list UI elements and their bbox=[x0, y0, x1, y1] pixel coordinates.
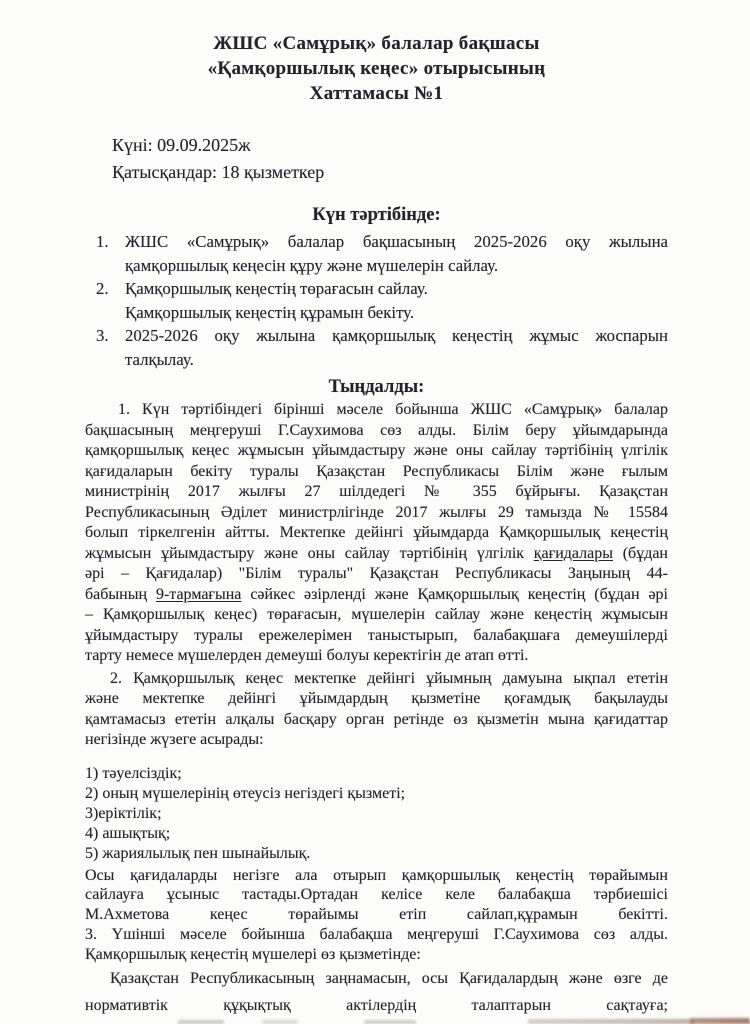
text-line: қамқоршылық кеңесін құру және мүшелерін … bbox=[125, 254, 668, 278]
text-line: бақшасының меңгеруші Г.Саухимова сөз алд… bbox=[85, 421, 668, 442]
text-line: әрі – Қағидалар) "Білім туралы" Қазақста… bbox=[85, 564, 668, 585]
resolution-paragraph: Осы қағидаларды негізге ала отырып қамқо… bbox=[85, 866, 668, 965]
text-line: сайлауға ұсыныс тастады.Ортадан келісе к… bbox=[85, 885, 668, 905]
text-line: бабының 9-тармағына сәйкес әзірленді жән… bbox=[85, 585, 668, 606]
agenda-item-2: 2. Қамқоршылық кеңестің төрағасын сайлау… bbox=[85, 277, 668, 324]
text-line: 2025-2026 оқу жылына қамқоршылық кеңесті… bbox=[125, 324, 668, 348]
agenda-list: 1. ЖШС «Самұрық» балалар бақшасының 2025… bbox=[85, 230, 668, 371]
duties-paragraph: Қазақстан Республикасының заңнамасын, ос… bbox=[85, 965, 668, 1019]
agenda-item-number: 3. bbox=[85, 324, 125, 371]
text-line: Республикасының Әділет министрлігінде 20… bbox=[85, 503, 668, 524]
text-line: 1. Күн тәртібіндегі бірінші мәселе бойын… bbox=[85, 400, 668, 421]
title-line-3: Хаттамасы №1 bbox=[85, 81, 668, 106]
text-line: қағидаларын бекіту туралы Қазақстан Респ… bbox=[85, 462, 668, 483]
scan-artifact bbox=[262, 1020, 298, 1024]
text-segment: сәйкес әзірленді және Қамқоршылық кеңест… bbox=[241, 586, 668, 603]
date-line: Күні: 09.09.2025ж bbox=[112, 132, 668, 159]
text-line: Осы қағидаларды негізге ала отырып қамқо… bbox=[85, 866, 668, 886]
text-segment: (бұдан bbox=[613, 545, 668, 562]
text-line: ЖШС «Самұрық» балалар бақшасының 2025-20… bbox=[125, 230, 668, 254]
text-line: нормативтік құқықтық актілердің талаптар… bbox=[85, 992, 668, 1019]
scan-artifact bbox=[364, 1020, 416, 1024]
text-line: 3. Үшінші мәселе бойынша балабақша меңге… bbox=[85, 925, 668, 945]
text-line: талқылау. bbox=[125, 348, 668, 372]
text-segment: бабының bbox=[85, 586, 156, 603]
text-line: министрінің 2017 жылғы 27 шілдедегі № 35… bbox=[85, 482, 668, 503]
text-line: – Қамқоршылық кеңес) төрағасын, мүшелері… bbox=[85, 605, 668, 626]
meta-block: Күні: 09.09.2025ж Қатысқандар: 18 қызмет… bbox=[112, 132, 668, 186]
text-line: қамтамасыз ететін алқалы басқару орган р… bbox=[85, 710, 668, 731]
document-content: ЖШС «Самұрық» балалар бақшасы «Қамқоршыл… bbox=[85, 0, 668, 1019]
text-line: болып тіркелгенін айтты. Мектепке дейінг… bbox=[85, 523, 668, 544]
agenda-item-number: 2. bbox=[85, 277, 125, 324]
text-line: Қамқоршылық кеңестің мүшелері өз қызметі… bbox=[85, 945, 668, 965]
title-line-2: «Қамқоршылық кеңес» отырысының bbox=[85, 56, 668, 81]
text-line: 5) жариялылық пен шынайылық. bbox=[85, 844, 668, 864]
document-title: ЖШС «Самұрық» балалар бақшасы «Қамқоршыл… bbox=[85, 31, 668, 106]
heard-heading: Тыңдалды: bbox=[85, 376, 668, 398]
text-line: 1) тәуелсіздік; bbox=[85, 764, 668, 784]
text-line: жұмысын ұйымдастыру және оны сайлау тәрт… bbox=[85, 544, 668, 565]
agenda-item-1: 1. ЖШС «Самұрық» балалар бақшасының 2025… bbox=[85, 230, 668, 277]
text-line: Қазақстан Республикасының заңнамасын, ос… bbox=[85, 965, 668, 992]
principles-list: 1) тәуелсіздік;2) оның мүшелерінің өтеус… bbox=[85, 764, 668, 864]
attendees-line: Қатысқандар: 18 қызметкер bbox=[112, 159, 668, 186]
scan-artifact bbox=[528, 1019, 694, 1024]
text-line: қамқоршылық кеңес жұмысын ұйымдастыру жә… bbox=[85, 441, 668, 462]
heard-paragraph-2: 2. Қамқоршылық кеңес мектепке дейінгі ұй… bbox=[85, 669, 668, 751]
agenda-item-3: 3. 2025-2026 оқу жылына қамқоршылық кеңе… bbox=[85, 324, 668, 371]
text-line: 2. Қамқоршылық кеңес мектепке дейінгі ұй… bbox=[85, 669, 668, 690]
underlined-text: қағидалары bbox=[534, 545, 613, 562]
text-line: тарту немесе мүшелерден демеуші болуы ке… bbox=[85, 646, 668, 667]
text-line: және мектепке дейінгі ұйымдардың қызметі… bbox=[85, 689, 668, 710]
agenda-item-text: 2025-2026 оқу жылына қамқоршылық кеңесті… bbox=[125, 324, 668, 371]
text-line: 4) ашықтық; bbox=[85, 824, 668, 844]
text-line: 2) оның мүшелерінің өтеусіз негіздегі қы… bbox=[85, 784, 668, 804]
text-line: Қамқоршылық кеңестің төрағасын сайлау. bbox=[125, 277, 668, 301]
scan-artifact bbox=[690, 1018, 750, 1024]
underlined-text: 9-тармағына bbox=[156, 586, 241, 603]
agenda-heading: Күн тәртібінде: bbox=[85, 204, 668, 226]
text-segment: жұмысын ұйымдастыру және оны сайлау тәрт… bbox=[85, 545, 534, 562]
agenda-item-number: 1. bbox=[85, 230, 125, 277]
text-line: Қамқоршылық кеңестің құрамын бекіту. bbox=[125, 301, 668, 325]
agenda-item-text: Қамқоршылық кеңестің төрағасын сайлау.Қа… bbox=[125, 277, 668, 324]
agenda-item-text: ЖШС «Самұрық» балалар бақшасының 2025-20… bbox=[125, 230, 668, 277]
text-line: ұйымдастыру туралы ережелерімен таныстыр… bbox=[85, 626, 668, 647]
scanned-protocol-page: ЖШС «Самұрық» балалар бақшасы «Қамқоршыл… bbox=[0, 0, 750, 1024]
text-line: негізінде жүзеге асырады: bbox=[85, 730, 668, 751]
scan-artifact bbox=[178, 1020, 224, 1024]
title-line-1: ЖШС «Самұрық» балалар бақшасы bbox=[85, 31, 668, 56]
text-line: М.Ахметова кеңес төрайымы етіп сайлап,құ… bbox=[85, 905, 668, 925]
text-line: 3)еріктілік; bbox=[85, 804, 668, 824]
heard-paragraph-1: 1. Күн тәртібіндегі бірінші мәселе бойын… bbox=[85, 400, 668, 667]
